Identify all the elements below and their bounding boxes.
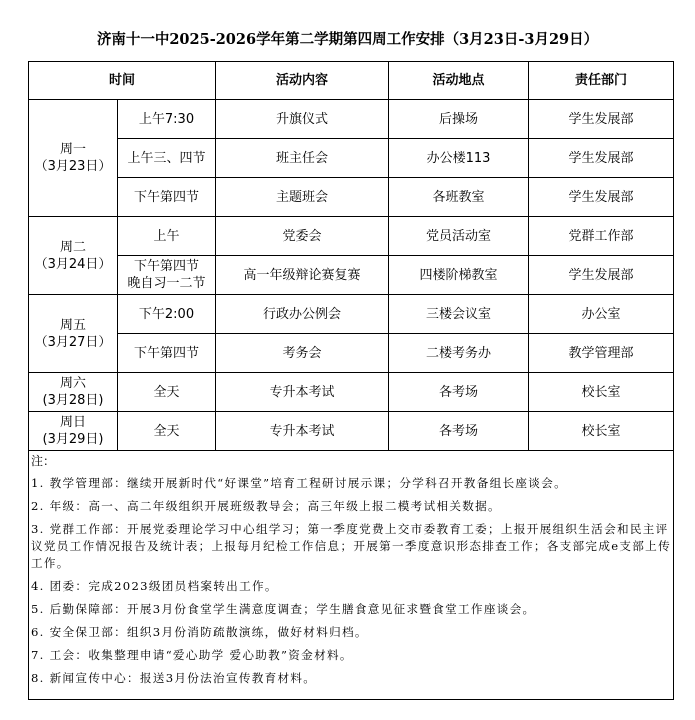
header-dept: 责任部门 [529,62,674,100]
activity-cell: 专升本考试 [216,373,389,412]
header-place: 活动地点 [389,62,529,100]
table-row: 周六 (3月28日) 全天 专升本考试 各考场 校长室 [29,373,674,412]
note-item-8: 8. 新闻宣传中心：报送3月份法治宣传教育材料。 [31,670,673,687]
time-cell: 下午第四节 [118,178,216,217]
dept-cell: 教学管理部 [529,334,674,373]
dept-cell: 学生发展部 [529,178,674,217]
day-label: 周六 [29,375,117,392]
notes-cell: 注： 1. 教学管理部：继续开展新时代“好课堂”培育工程研讨展示课；分学科召开教… [29,451,674,700]
table-row: 周二 （3月24日） 上午 党委会 党员活动室 党群工作部 [29,217,674,256]
time-cell: 上午三、四节 [118,139,216,178]
time-cell: 下午第四节 晚自习一二节 [118,256,216,295]
page-title: 济南十一中2025-2026学年第二学期第四周工作安排（3月23日-3月29日） [0,28,695,49]
time-cell: 下午2:00 [118,295,216,334]
day-date: （3月23日） [29,158,117,175]
day-date: (3月29日) [29,431,117,448]
time-cell: 全天 [118,373,216,412]
time-cell: 上午7:30 [118,100,216,139]
place-cell: 后操场 [389,100,529,139]
day-cell-saturday: 周六 (3月28日) [29,373,118,412]
time-cell: 上午 [118,217,216,256]
place-cell: 办公楼113 [389,139,529,178]
day-label: 周一 [29,141,117,158]
day-cell-friday: 周五 （3月27日） [29,295,118,373]
activity-cell: 专升本考试 [216,412,389,451]
note-item-2: 2. 年级：高一、高二年级组织开展班级教导会；高三年级上报二模考试相关数据。 [31,498,673,515]
place-cell: 三楼会议室 [389,295,529,334]
note-item-5: 5. 后勤保障部：开展3月份食堂学生满意度调查；学生膳食意见征求暨食堂工作座谈会… [31,601,673,618]
table-row: 上午三、四节 班主任会 办公楼113 学生发展部 [29,139,674,178]
day-label: 周二 [29,239,117,256]
time-line-1: 下午第四节 [118,258,215,275]
place-cell: 各考场 [389,412,529,451]
day-label: 周五 [29,317,117,334]
day-cell-tuesday: 周二 （3月24日） [29,217,118,295]
place-cell: 四楼阶梯教室 [389,256,529,295]
dept-cell: 学生发展部 [529,139,674,178]
activity-cell: 行政办公例会 [216,295,389,334]
day-date: （3月27日） [29,334,117,351]
activity-cell: 班主任会 [216,139,389,178]
table-row: 下午第四节 考务会 二楼考务办 教学管理部 [29,334,674,373]
note-item-4: 4. 团委：完成2023级团员档案转出工作。 [31,578,673,595]
dept-cell: 学生发展部 [529,256,674,295]
note-item-3: 3. 党群工作部：开展党委理论学习中心组学习；第一季度党费上交市委教育工委；上报… [31,521,673,572]
table-row: 周五 （3月27日） 下午2:00 行政办公例会 三楼会议室 办公室 [29,295,674,334]
note-item-1: 1. 教学管理部：继续开展新时代“好课堂”培育工程研讨展示课；分学科召开教备组长… [31,475,673,492]
place-cell: 党员活动室 [389,217,529,256]
table-row: 下午第四节 晚自习一二节 高一年级辩论赛复赛 四楼阶梯教室 学生发展部 [29,256,674,295]
activity-cell: 升旗仪式 [216,100,389,139]
day-cell-monday: 周一 （3月23日） [29,100,118,217]
notes-header: 注： [31,453,673,469]
day-date: (3月28日) [29,392,117,409]
place-cell: 各班教室 [389,178,529,217]
schedule-table: 时间 活动内容 活动地点 责任部门 周一 （3月23日） 上午7:30 升旗仪式… [28,61,674,700]
place-cell: 各考场 [389,373,529,412]
activity-cell: 主题班会 [216,178,389,217]
time-cell: 全天 [118,412,216,451]
activity-cell: 党委会 [216,217,389,256]
time-line-2: 晚自习一二节 [118,275,215,292]
note-item-6: 6. 安全保卫部：组织3月份消防疏散演练，做好材料归档。 [31,624,673,641]
note-item-7: 7. 工会：收集整理申请“爱心助学 爱心助教”资金材料。 [31,647,673,664]
table-header-row: 时间 活动内容 活动地点 责任部门 [29,62,674,100]
dept-cell: 校长室 [529,373,674,412]
day-label: 周日 [29,414,117,431]
activity-cell: 考务会 [216,334,389,373]
activity-cell: 高一年级辩论赛复赛 [216,256,389,295]
dept-cell: 学生发展部 [529,100,674,139]
dept-cell: 党群工作部 [529,217,674,256]
table-row: 周日 (3月29日) 全天 专升本考试 各考场 校长室 [29,412,674,451]
time-cell: 下午第四节 [118,334,216,373]
place-cell: 二楼考务办 [389,334,529,373]
header-time: 时间 [29,62,216,100]
dept-cell: 校长室 [529,412,674,451]
day-cell-sunday: 周日 (3月29日) [29,412,118,451]
dept-cell: 办公室 [529,295,674,334]
notes-row: 注： 1. 教学管理部：继续开展新时代“好课堂”培育工程研讨展示课；分学科召开教… [29,451,674,700]
table-row: 下午第四节 主题班会 各班教室 学生发展部 [29,178,674,217]
header-activity: 活动内容 [216,62,389,100]
day-date: （3月24日） [29,256,117,273]
table-row: 周一 （3月23日） 上午7:30 升旗仪式 后操场 学生发展部 [29,100,674,139]
